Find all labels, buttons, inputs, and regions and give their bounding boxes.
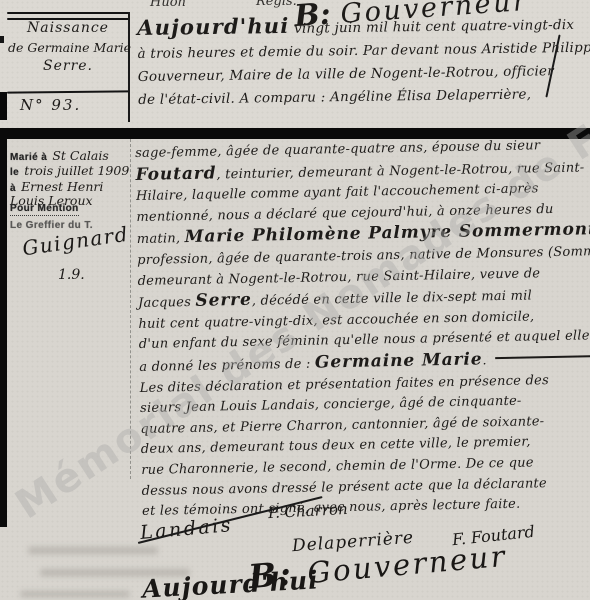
emphasized-name: Foutard bbox=[135, 163, 216, 185]
scan-strip-separator bbox=[0, 128, 590, 139]
margin-title-line: Serre. bbox=[8, 58, 128, 74]
margin-rule bbox=[7, 12, 129, 14]
text-segment: Jacques bbox=[138, 295, 196, 311]
margin-divider-line bbox=[128, 12, 130, 122]
act-number: N° 93. bbox=[20, 96, 81, 114]
bleedthrough-mark bbox=[20, 591, 130, 597]
emphasized-name: Germaine Marie bbox=[315, 349, 483, 372]
margin-divider-dashed bbox=[130, 139, 131, 479]
text-segment: . bbox=[482, 353, 487, 368]
text-segment: Gouverneur, Maire de la ville de Nogent-… bbox=[138, 63, 554, 85]
margin-title-line: de Germaine Marie bbox=[8, 40, 128, 55]
cutoff-signature-fragment: Régis. bbox=[256, 0, 297, 9]
scan-edge-mark bbox=[0, 92, 7, 120]
margin-rule bbox=[7, 90, 129, 93]
cutoff-signature-fragment: Huon bbox=[150, 0, 186, 10]
text-segment: a donné les prénoms de : bbox=[139, 357, 315, 375]
scan-edge-bar bbox=[0, 139, 7, 527]
text-line: de l'état-civil. A comparu : Angéline Él… bbox=[138, 83, 590, 112]
margin-title-line: Naissance bbox=[8, 20, 128, 36]
text-segment: à trois heures et demie du soir. Par dev… bbox=[137, 40, 590, 62]
ornate-word: Aujourd'hui bbox=[137, 13, 290, 40]
act-body-text: sage-femme, âgée de quarante-quatre ans,… bbox=[135, 139, 590, 523]
text-segment: matin, bbox=[137, 231, 185, 247]
top-strip: Naissance de Germaine Marie Serre. N° 93… bbox=[0, 0, 590, 128]
emphasized-name: Serre bbox=[195, 290, 252, 311]
registry-scan-page: Mémorial des Nomades de France Naissance… bbox=[0, 0, 590, 600]
text-segment: de l'état-civil. A comparu : Angéline Él… bbox=[138, 87, 531, 108]
text-segment: vingt juin mil huit cent quatre-vingt-di… bbox=[289, 17, 574, 37]
bleedthrough-mark bbox=[40, 569, 190, 576]
pour-mention-stamp: Pour Mention bbox=[10, 203, 79, 216]
text-segment: , décédé en cette ville le dix-sept mai … bbox=[252, 289, 533, 309]
act-opening-text: Aujourd'hui vingt juin mil huit cent qua… bbox=[137, 10, 590, 112]
greffier-paraph: 1.9. bbox=[58, 267, 85, 283]
scan-edge-mark bbox=[0, 36, 4, 43]
bleedthrough-mark bbox=[28, 547, 158, 554]
bottom-strip: Marié à St Calais le trois juillet 1909 … bbox=[0, 139, 590, 600]
